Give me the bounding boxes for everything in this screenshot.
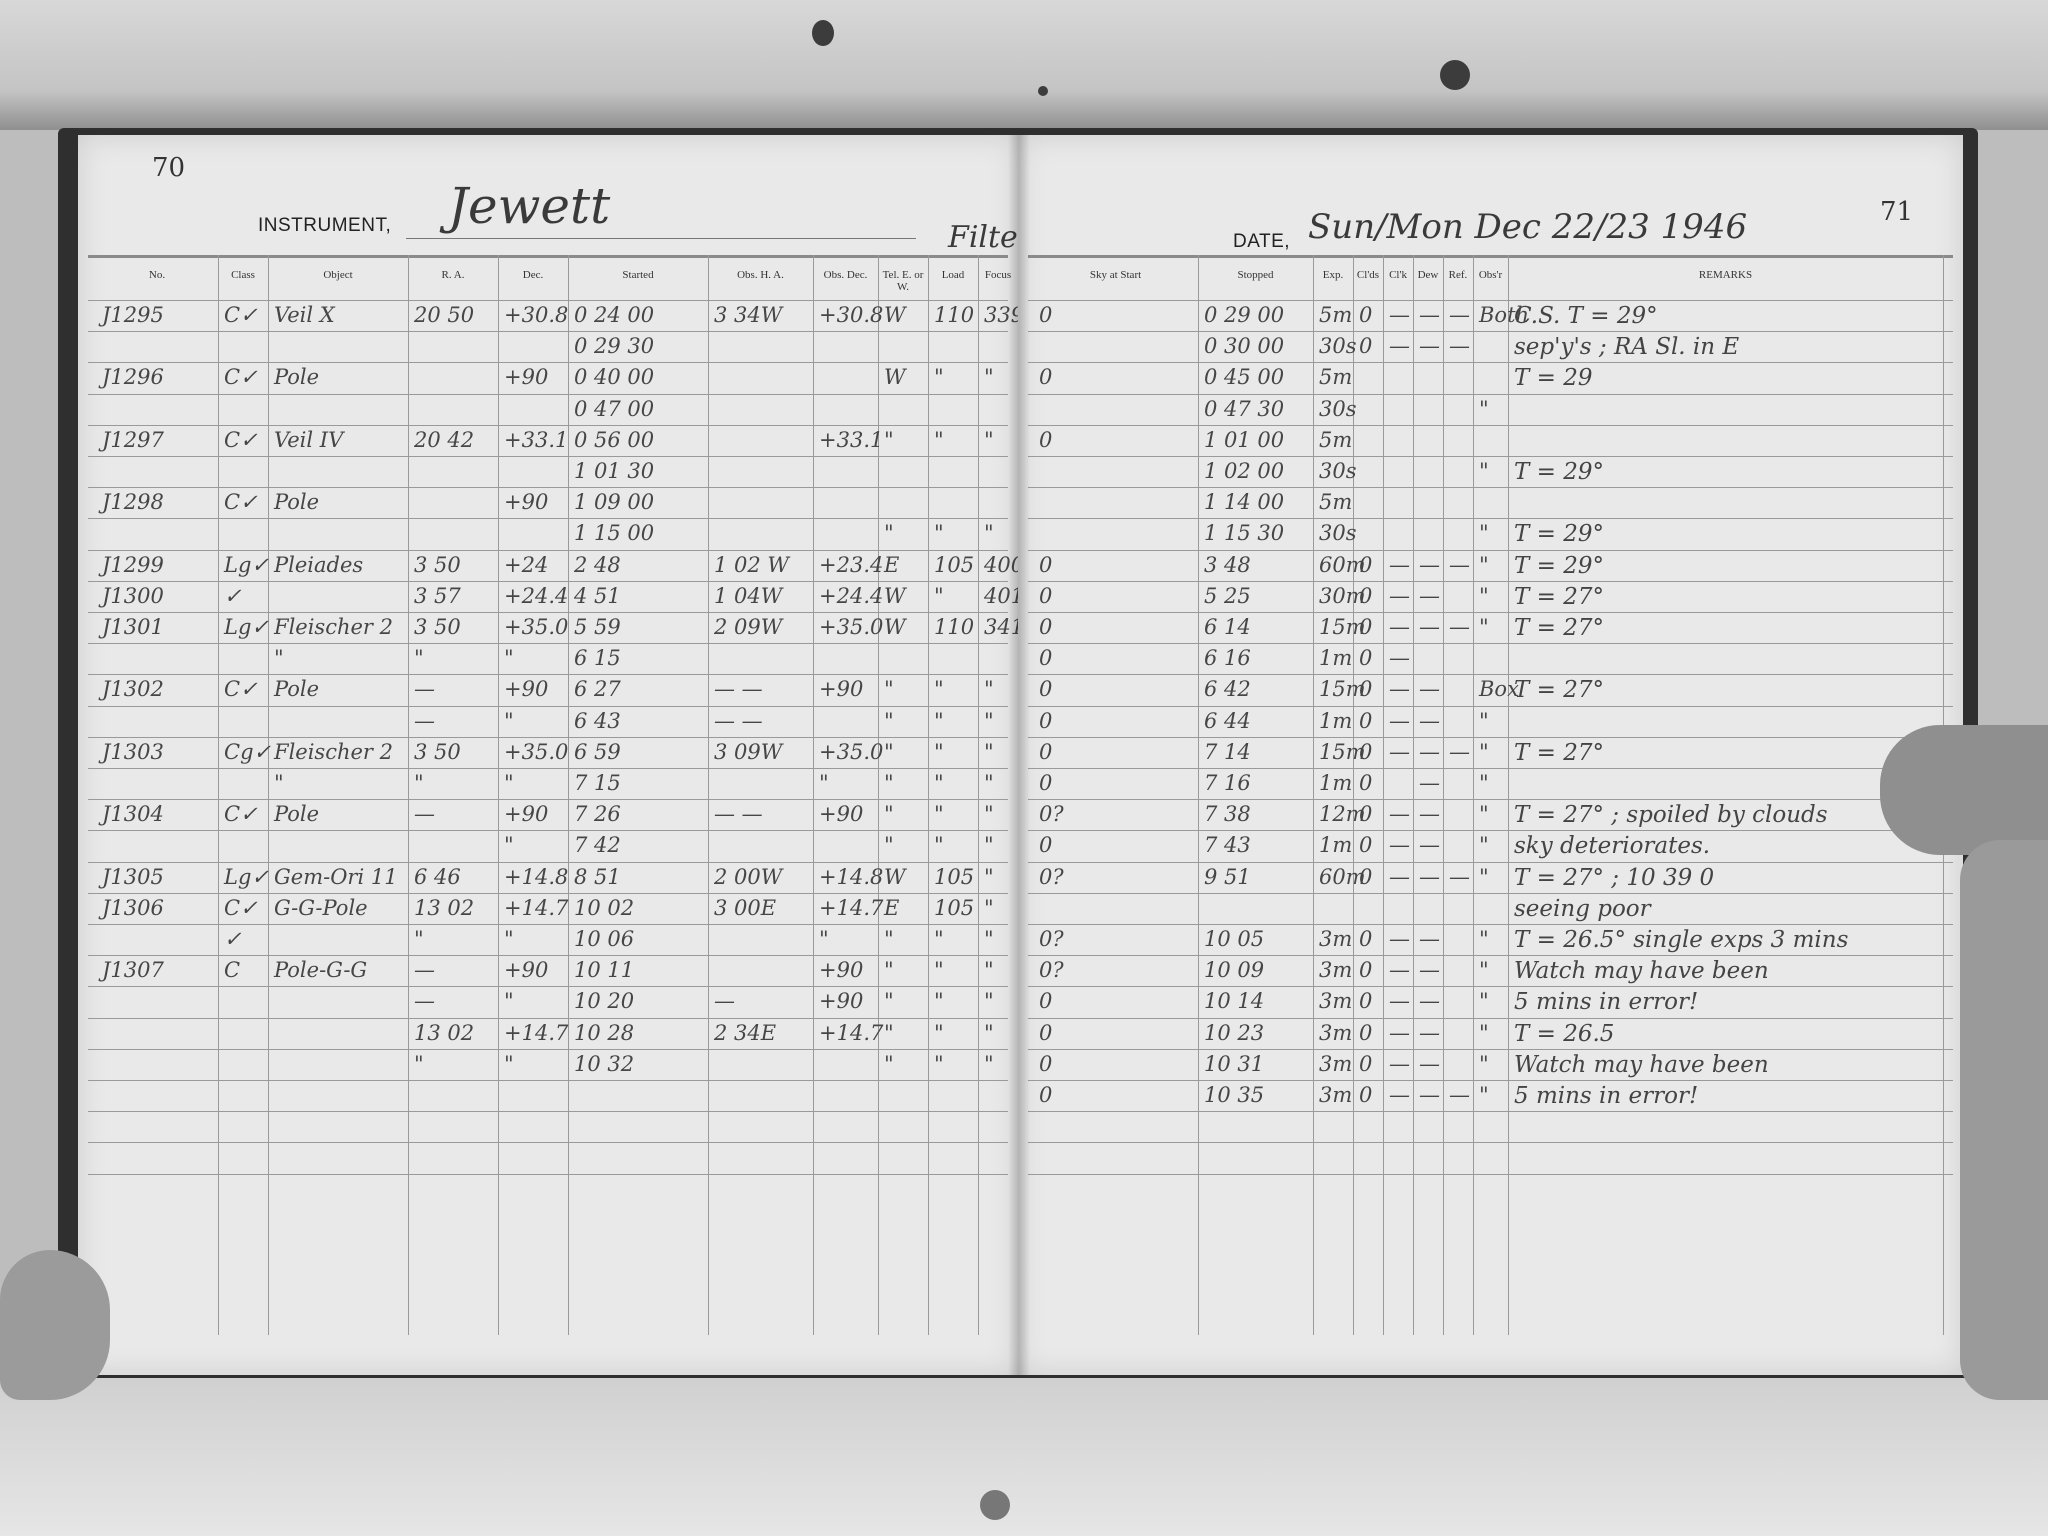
ruled-line xyxy=(1028,581,1953,582)
cell-sky: 0 xyxy=(1039,584,1052,608)
cell-started: 1 01 30 xyxy=(574,459,654,483)
right-page: 71 DATE, Sun/Mon Dec 22/23 1946 Sky at S… xyxy=(1018,135,1963,1375)
cell-dec: +90 xyxy=(504,802,548,826)
cell-clk: — xyxy=(1389,1083,1410,1107)
cell-clds: 0 xyxy=(1359,865,1372,889)
cell-load: " xyxy=(934,709,944,733)
cell-no: J1307 xyxy=(102,958,164,982)
cell-dew: — xyxy=(1419,584,1440,608)
cell-sky: 0 xyxy=(1039,553,1052,577)
cell-object: Pole xyxy=(274,677,319,701)
page-number: 70 xyxy=(152,153,185,183)
ruled-line xyxy=(1028,643,1953,644)
cell-load: " xyxy=(934,802,944,826)
cell-clk: — xyxy=(1389,646,1410,670)
ruled-line xyxy=(88,518,1008,519)
cell-object: Gem-Ori 11 xyxy=(274,865,398,889)
ruled-line xyxy=(1028,300,1953,301)
cell-object: " xyxy=(274,771,284,795)
cell-remark: T = 29° xyxy=(1514,459,1604,485)
ruled-line xyxy=(88,331,1008,332)
cell-obsr: " xyxy=(1479,584,1489,608)
cell-ra: " xyxy=(414,927,424,951)
cell-focus: " xyxy=(984,771,994,795)
cell-stopped: 1 01 00 xyxy=(1204,428,1284,452)
column-header: Class xyxy=(218,269,268,281)
cell-class: Cg✓ xyxy=(224,740,271,764)
cell-obsr: " xyxy=(1479,802,1489,826)
cell-clk: — xyxy=(1389,1021,1410,1045)
column-divider xyxy=(813,255,814,1335)
cell-remark: T = 26.5 xyxy=(1514,1021,1614,1047)
cell-tel: " xyxy=(884,709,894,733)
cell-load: " xyxy=(934,771,944,795)
cell-exp: 30s xyxy=(1319,334,1357,358)
column-divider xyxy=(408,255,409,1335)
cell-dew: — xyxy=(1419,958,1440,982)
cell-started: 1 15 00 xyxy=(574,521,654,545)
cell-remark: sky deteriorates. xyxy=(1514,833,1710,859)
column-header: Tel. E. or W. xyxy=(878,269,928,293)
cell-clds: 0 xyxy=(1359,1052,1372,1076)
right-finger xyxy=(1880,725,2048,855)
cell-clds: 0 xyxy=(1359,1021,1372,1045)
cell-started: 6 15 xyxy=(574,646,621,670)
cell-remark: Watch may have been xyxy=(1514,958,1769,984)
ruled-line xyxy=(1028,1049,1953,1050)
ruled-line xyxy=(1028,255,1953,258)
cell-sky: 0 xyxy=(1039,740,1052,764)
cell-clds: 0 xyxy=(1359,927,1372,951)
cell-remark: T = 26.5° single exps 3 mins xyxy=(1514,927,1848,953)
book-gutter xyxy=(1008,135,1030,1375)
cell-focus: " xyxy=(984,521,994,545)
cell-stopped: 10 05 xyxy=(1204,927,1264,951)
cell-dec: +35.0 xyxy=(504,615,568,639)
cell-no: J1300 xyxy=(102,584,164,608)
cell-started: 7 15 xyxy=(574,771,621,795)
cell-obsr: " xyxy=(1479,709,1489,733)
column-header: Cl'k xyxy=(1383,269,1413,281)
cell-ra: 20 42 xyxy=(414,428,474,452)
column-divider xyxy=(928,255,929,1335)
cell-object: G-G-Pole xyxy=(274,896,368,920)
right-hand xyxy=(1960,840,2048,1400)
cell-dec: " xyxy=(504,989,514,1013)
ruled-line xyxy=(1028,893,1953,894)
knob xyxy=(980,1490,1010,1520)
cell-clk: — xyxy=(1389,553,1410,577)
cell-ra: 13 02 xyxy=(414,1021,474,1045)
cell-object: Veil X xyxy=(274,303,335,327)
cell-dew: — xyxy=(1419,865,1440,889)
cell-remark: T = 27° xyxy=(1514,584,1604,610)
cell-load: 110 xyxy=(934,303,974,327)
wood-knot xyxy=(1038,86,1048,96)
cell-class: C✓ xyxy=(224,365,258,389)
cell-obsr: " xyxy=(1479,958,1489,982)
cell-ra: 20 50 xyxy=(414,303,474,327)
cell-exp: 3m xyxy=(1319,1052,1352,1076)
ruled-line xyxy=(1028,986,1953,987)
ruled-line xyxy=(88,487,1008,488)
column-divider xyxy=(878,255,879,1335)
cell-dew: — xyxy=(1419,709,1440,733)
cell-remark: T = 27° ; spoiled by clouds xyxy=(1514,802,1828,828)
column-header: Stopped xyxy=(1198,269,1313,281)
cell-tel: " xyxy=(884,802,894,826)
cell-dec: +14.7 xyxy=(504,896,568,920)
cell-started: 10 11 xyxy=(574,958,634,982)
ruled-line xyxy=(88,768,1008,769)
cell-tel: W xyxy=(884,584,906,608)
ruled-line xyxy=(1028,830,1953,831)
ruled-line xyxy=(1028,394,1953,395)
cell-exp: 5m xyxy=(1319,365,1352,389)
cell-ra: — xyxy=(414,958,435,982)
cell-dec: +33.1 xyxy=(504,428,568,452)
ruled-line xyxy=(1028,768,1953,769)
cell-clk: — xyxy=(1389,927,1410,951)
cell-dec: " xyxy=(504,1052,514,1076)
cell-obsr: " xyxy=(1479,521,1489,545)
cell-remark: C.S. T = 29° xyxy=(1514,303,1658,329)
column-divider xyxy=(1443,255,1444,1335)
cell-dew: — xyxy=(1419,740,1440,764)
cell-no: J1303 xyxy=(102,740,164,764)
cell-stopped: 5 25 xyxy=(1204,584,1251,608)
ruled-line xyxy=(1028,1174,1953,1175)
instrument-label: INSTRUMENT, xyxy=(258,215,391,237)
cell-class: C✓ xyxy=(224,490,258,514)
cell-no: J1306 xyxy=(102,896,164,920)
cell-sky: 0? xyxy=(1039,802,1064,826)
column-divider xyxy=(1198,255,1199,1335)
cell-exp: 1m xyxy=(1319,771,1352,795)
cell-load: " xyxy=(934,521,944,545)
cell-exp: 1m xyxy=(1319,646,1352,670)
cell-dec: +90 xyxy=(504,365,548,389)
cell-started: 4 51 xyxy=(574,584,621,608)
cell-focus: " xyxy=(984,989,994,1013)
column-header: Load xyxy=(928,269,978,281)
cell-ra: " xyxy=(414,1052,424,1076)
cell-exp: 1m xyxy=(1319,709,1352,733)
cell-started: 10 06 xyxy=(574,927,634,951)
cell-sky: 0 xyxy=(1039,646,1052,670)
cell-clk: — xyxy=(1389,303,1410,327)
column-divider xyxy=(1473,255,1474,1335)
ruled-line xyxy=(88,394,1008,395)
cell-obs-ha: — xyxy=(714,989,735,1013)
cell-stopped: 10 09 xyxy=(1204,958,1264,982)
cell-focus: " xyxy=(984,833,994,857)
cell-focus: " xyxy=(984,865,994,889)
cell-ref: — xyxy=(1449,334,1470,358)
cell-clk: — xyxy=(1389,584,1410,608)
ruled-line xyxy=(88,643,1008,644)
cell-load: 105 xyxy=(934,553,974,577)
cell-obs-dec: +90 xyxy=(819,989,863,1013)
cell-ra: — xyxy=(414,802,435,826)
ruled-line xyxy=(1028,550,1953,551)
ruled-line xyxy=(88,581,1008,582)
ruled-line xyxy=(88,737,1008,738)
cell-ra: 3 50 xyxy=(414,740,461,764)
cell-clds: 0 xyxy=(1359,833,1372,857)
cell-focus: " xyxy=(984,677,994,701)
cell-class: C✓ xyxy=(224,802,258,826)
ruled-line xyxy=(88,924,1008,925)
cell-exp: 30s xyxy=(1319,521,1357,545)
column-divider xyxy=(1413,255,1414,1335)
cell-clds: 0 xyxy=(1359,553,1372,577)
column-divider xyxy=(268,255,269,1335)
cell-ra: " xyxy=(414,771,424,795)
cell-dew: — xyxy=(1419,334,1440,358)
cell-load: " xyxy=(934,740,944,764)
cell-obsr: " xyxy=(1479,553,1489,577)
cell-stopped: 7 38 xyxy=(1204,802,1251,826)
cell-ra: " xyxy=(414,646,424,670)
cell-clk: — xyxy=(1389,334,1410,358)
cell-no: J1299 xyxy=(102,553,164,577)
cell-sky: 0? xyxy=(1039,865,1064,889)
cell-stopped: 1 15 30 xyxy=(1204,521,1284,545)
cell-obsr: " xyxy=(1479,397,1489,421)
cell-dec: " xyxy=(504,771,514,795)
cell-obs-ha: — — xyxy=(714,677,763,701)
cell-tel: E xyxy=(884,896,899,920)
ruled-line xyxy=(88,255,1008,258)
cell-exp: 5m xyxy=(1319,428,1352,452)
cell-no: J1298 xyxy=(102,490,164,514)
ruled-line xyxy=(88,674,1008,675)
ruled-line xyxy=(1028,362,1953,363)
cell-focus: " xyxy=(984,740,994,764)
cell-sky: 0 xyxy=(1039,989,1052,1013)
ruled-line xyxy=(88,1080,1008,1081)
cell-stopped: 1 02 00 xyxy=(1204,459,1284,483)
cell-obs-ha: 2 00W xyxy=(714,865,782,889)
instrument-underline xyxy=(406,238,916,239)
cell-stopped: 1 14 00 xyxy=(1204,490,1284,514)
cell-obs-dec: +90 xyxy=(819,677,863,701)
cell-obsr: " xyxy=(1479,833,1489,857)
cell-clds: 0 xyxy=(1359,740,1372,764)
cell-focus: " xyxy=(984,802,994,826)
cell-ref: — xyxy=(1449,303,1470,327)
cell-obs-dec: +14.7 xyxy=(819,1021,883,1045)
cell-class: C✓ xyxy=(224,428,258,452)
left-page: 70 INSTRUMENT, Jewett Filter No.ClassObj… xyxy=(78,135,1018,1375)
column-header: R. A. xyxy=(408,269,498,281)
cell-ra: 3 57 xyxy=(414,584,461,608)
cell-obs-dec: +90 xyxy=(819,958,863,982)
cell-focus: " xyxy=(984,896,994,920)
cell-started: 6 43 xyxy=(574,709,621,733)
cell-clk: — xyxy=(1389,833,1410,857)
cell-load: " xyxy=(934,584,944,608)
column-divider xyxy=(498,255,499,1335)
cell-obsr: " xyxy=(1479,989,1489,1013)
column-header: Obs. Dec. xyxy=(813,269,878,281)
cell-obsr: " xyxy=(1479,1083,1489,1107)
wooden-shelf xyxy=(0,0,2048,130)
cell-ra: — xyxy=(414,677,435,701)
cell-started: 10 02 xyxy=(574,896,634,920)
ruled-line xyxy=(88,1142,1008,1143)
cell-load: " xyxy=(934,1052,944,1076)
cell-load: " xyxy=(934,989,944,1013)
cell-obsr: " xyxy=(1479,771,1489,795)
cell-focus: " xyxy=(984,1021,994,1045)
cell-object: Veil IV xyxy=(274,428,343,452)
cell-dec: +30.8 xyxy=(504,303,568,327)
cell-obs-dec: +14.7 xyxy=(819,896,883,920)
cell-dew: — xyxy=(1419,802,1440,826)
cell-class: ✓ xyxy=(224,927,242,951)
cell-started: 10 28 xyxy=(574,1021,634,1045)
cell-stopped: 0 30 00 xyxy=(1204,334,1284,358)
cell-stopped: 0 47 30 xyxy=(1204,397,1284,421)
ruled-line xyxy=(1028,924,1953,925)
column-header: Cl'ds xyxy=(1353,269,1383,281)
cell-dew: — xyxy=(1419,1052,1440,1076)
column-header: REMARKS xyxy=(1508,269,1943,281)
cell-obs-dec: +14.8 xyxy=(819,865,883,889)
cell-dec: +24 xyxy=(504,553,548,577)
ruled-line xyxy=(1028,1080,1953,1081)
page-number: 71 xyxy=(1880,197,1913,227)
cell-tel: E xyxy=(884,553,899,577)
cell-started: 1 09 00 xyxy=(574,490,654,514)
cell-exp: 30s xyxy=(1319,397,1357,421)
cell-sky: 0? xyxy=(1039,958,1064,982)
cell-clds: 0 xyxy=(1359,771,1372,795)
cell-sky: 0 xyxy=(1039,615,1052,639)
column-header: Dew xyxy=(1413,269,1443,281)
ruled-line xyxy=(88,706,1008,707)
cell-stopped: 7 16 xyxy=(1204,771,1251,795)
cell-class: Lg✓ xyxy=(224,865,269,889)
cell-ra: 6 46 xyxy=(414,865,461,889)
ruled-line xyxy=(1028,518,1953,519)
cell-sky: 0 xyxy=(1039,1052,1052,1076)
cell-clds: 0 xyxy=(1359,615,1372,639)
cell-obs-ha: 2 09W xyxy=(714,615,782,639)
column-header: No. xyxy=(96,269,218,281)
ruled-line xyxy=(1028,674,1953,675)
column-header: Obs. H. A. xyxy=(708,269,813,281)
cell-sky: 0 xyxy=(1039,677,1052,701)
cell-clk: — xyxy=(1389,677,1410,701)
column-divider xyxy=(1383,255,1384,1335)
cell-started: 0 40 00 xyxy=(574,365,654,389)
cell-no: J1304 xyxy=(102,802,164,826)
cell-class: C✓ xyxy=(224,303,258,327)
cell-object: Pole-G-G xyxy=(274,958,367,982)
cell-sky: 0 xyxy=(1039,428,1052,452)
cell-clds: 0 xyxy=(1359,303,1372,327)
cell-sky: 0? xyxy=(1039,927,1064,951)
column-divider xyxy=(218,255,219,1335)
cell-dec: " xyxy=(504,646,514,670)
cell-remark: 5 mins in error! xyxy=(1514,1083,1698,1109)
cell-ref: — xyxy=(1449,615,1470,639)
cell-clds: 0 xyxy=(1359,802,1372,826)
cell-obs-ha: 1 02 W xyxy=(714,553,789,577)
cell-dec: +90 xyxy=(504,958,548,982)
cell-exp: 3m xyxy=(1319,958,1352,982)
cell-no: J1301 xyxy=(102,615,164,639)
cell-obs-dec: " xyxy=(819,927,829,951)
cell-stopped: 6 16 xyxy=(1204,646,1251,670)
ruled-line xyxy=(88,799,1008,800)
cell-remark: Watch may have been xyxy=(1514,1052,1769,1078)
cell-sky: 0 xyxy=(1039,1083,1052,1107)
cell-remark: T = 29° xyxy=(1514,553,1604,579)
cell-exp: 5m xyxy=(1319,303,1352,327)
cell-exp: 3m xyxy=(1319,1021,1352,1045)
cell-exp: 3m xyxy=(1319,989,1352,1013)
cell-tel: W xyxy=(884,303,906,327)
cell-stopped: 10 35 xyxy=(1204,1083,1264,1107)
cell-obs-ha: 1 04W xyxy=(714,584,782,608)
cell-remark: T = 27° xyxy=(1514,740,1604,766)
cell-dec: +24.4 xyxy=(504,584,568,608)
cell-exp: 1m xyxy=(1319,833,1352,857)
ruled-line xyxy=(1028,331,1953,332)
cell-object: Fleischer 2 xyxy=(274,740,393,764)
cell-clk: — xyxy=(1389,989,1410,1013)
ruled-line xyxy=(1028,1142,1953,1143)
cell-obs-ha: 2 34E xyxy=(714,1021,776,1045)
cell-focus: " xyxy=(984,428,994,452)
ruled-line xyxy=(1028,706,1953,707)
column-divider xyxy=(978,255,979,1335)
cell-load: 105 xyxy=(934,896,974,920)
ruled-line xyxy=(88,955,1008,956)
cell-clk: — xyxy=(1389,865,1410,889)
cell-remark: T = 27° xyxy=(1514,677,1604,703)
cell-no: J1295 xyxy=(102,303,164,327)
cell-ref: — xyxy=(1449,740,1470,764)
cell-stopped: 10 31 xyxy=(1204,1052,1264,1076)
cell-no: J1297 xyxy=(102,428,164,452)
cell-dew: — xyxy=(1419,927,1440,951)
cell-exp: 30s xyxy=(1319,459,1357,483)
cell-tel: " xyxy=(884,1052,894,1076)
cell-tel: " xyxy=(884,1021,894,1045)
cell-ra: — xyxy=(414,709,435,733)
column-header: Dec. xyxy=(498,269,568,281)
date-value: Sun/Mon Dec 22/23 1946 xyxy=(1308,207,1747,247)
cell-load: " xyxy=(934,677,944,701)
cell-sky: 0 xyxy=(1039,709,1052,733)
cell-no: J1296 xyxy=(102,365,164,389)
cell-remark: 5 mins in error! xyxy=(1514,989,1698,1015)
cell-exp: 3m xyxy=(1319,1083,1352,1107)
cell-ra: — xyxy=(414,989,435,1013)
cell-obsr: " xyxy=(1479,740,1489,764)
cell-object: Fleischer 2 xyxy=(274,615,393,639)
cell-obs-ha: — — xyxy=(714,802,763,826)
table-surface xyxy=(0,1370,2048,1536)
cell-remark: seeing poor xyxy=(1514,896,1651,922)
cell-load: 105 xyxy=(934,865,974,889)
cell-started: 6 59 xyxy=(574,740,621,764)
